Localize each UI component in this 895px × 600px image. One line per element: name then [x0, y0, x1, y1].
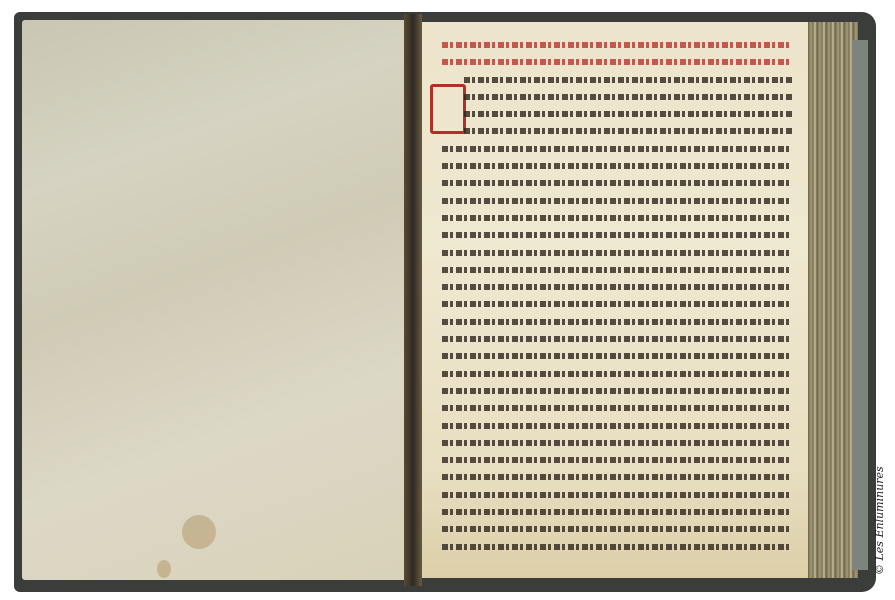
page-fore-edge	[808, 22, 858, 578]
manuscript-line	[442, 492, 792, 498]
water-stain	[157, 560, 171, 578]
manuscript-line	[442, 42, 792, 48]
manuscript-line	[464, 128, 792, 134]
manuscript-line	[442, 250, 792, 256]
manuscript-line	[464, 77, 792, 83]
manuscript-line	[442, 544, 792, 550]
manuscript-line	[442, 232, 792, 238]
manuscript-line	[442, 267, 792, 273]
manuscript-line	[442, 371, 792, 377]
manuscript-line	[442, 457, 792, 463]
copyright-caption: © Les Enluminures	[873, 466, 886, 575]
manuscript-line	[442, 388, 792, 394]
manuscript-line	[442, 146, 792, 152]
book-cover-edge	[852, 40, 868, 570]
manuscript-line	[442, 509, 792, 515]
water-stain	[182, 515, 216, 549]
manuscript-line	[442, 405, 792, 411]
manuscript-line	[442, 423, 792, 429]
book-gutter	[404, 14, 422, 586]
manuscript-line	[442, 319, 792, 325]
manuscript-line	[464, 94, 792, 100]
manuscript-line	[442, 180, 792, 186]
manuscript-line	[442, 198, 792, 204]
manuscript-line	[442, 526, 792, 532]
manuscript-line	[442, 59, 792, 65]
manuscript-text-block	[442, 42, 792, 561]
manuscript-line	[442, 440, 792, 446]
manuscript-line	[442, 301, 792, 307]
manuscript-line	[442, 336, 792, 342]
manuscript-line	[442, 353, 792, 359]
manuscript-line	[442, 474, 792, 480]
left-flyleaf-page	[22, 20, 408, 580]
manuscript-line	[442, 284, 792, 290]
manuscript-line	[442, 215, 792, 221]
manuscript-line	[442, 163, 792, 169]
manuscript-line	[464, 111, 792, 117]
